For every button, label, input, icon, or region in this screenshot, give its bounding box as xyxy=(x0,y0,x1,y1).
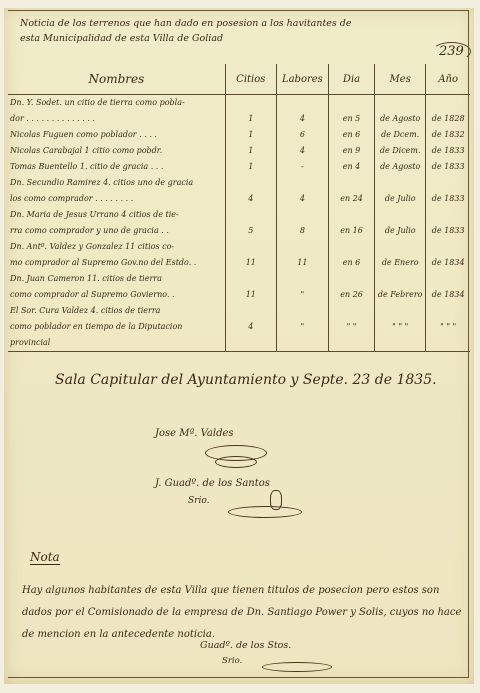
cell-mes: " " " xyxy=(375,319,426,335)
cell-citios xyxy=(225,239,276,255)
cell-ano: de 1833 xyxy=(426,223,470,239)
rubric-flourish-3 xyxy=(228,506,302,518)
cell-dia xyxy=(328,239,374,255)
signature-santos-title: Srio. xyxy=(188,496,209,506)
cell-dia xyxy=(328,335,374,352)
table-row: Dn. Y. Sodet. un citio de tierra como po… xyxy=(8,95,470,112)
signature-santos: J. Guadº. de los Santos xyxy=(155,478,270,489)
cell-nombre: Dn. Maria de Jesus Urrano 4 citios de ti… xyxy=(8,207,225,223)
nota-text: Hay algunos habitantes de esta Villa que… xyxy=(22,580,462,646)
cell-labores xyxy=(276,239,328,255)
cell-ano xyxy=(426,303,470,319)
cell-citios: 1 xyxy=(225,111,276,127)
cell-citios xyxy=(225,303,276,319)
table-row: Dn. Maria de Jesus Urrano 4 citios de ti… xyxy=(8,207,470,223)
cell-labores xyxy=(276,207,328,223)
cell-dia: en 9 xyxy=(328,143,374,159)
table-row: Dn. Antº. Valdez y Gonzalez 11 citios co… xyxy=(8,239,470,255)
cell-mes xyxy=(375,207,426,223)
table-row: los como comprador . . . . . . . .44en 2… xyxy=(8,191,470,207)
document-title: Noticia de los terrenos que han dado en … xyxy=(20,16,440,46)
folio-number: 239 xyxy=(432,42,471,61)
cell-labores: 4 xyxy=(276,111,328,127)
cell-ano: de 1833 xyxy=(426,143,470,159)
title-line-2: esta Municipalidad de esta Villa de Goli… xyxy=(20,31,440,46)
cell-nombre: mo comprador al Supremo Gov.no del Estdo… xyxy=(8,255,225,271)
cell-citios xyxy=(225,335,276,352)
table-row: mo comprador al Supremo Gov.no del Estdo… xyxy=(8,255,470,271)
cell-mes: de Agosto xyxy=(375,111,426,127)
cell-ano: de 1834 xyxy=(426,255,470,271)
cell-dia: en 5 xyxy=(328,111,374,127)
title-line-1: Noticia de los terrenos que han dado en … xyxy=(20,16,440,31)
cell-citios: 11 xyxy=(225,287,276,303)
cell-mes xyxy=(375,303,426,319)
cell-citios xyxy=(225,271,276,287)
cell-labores xyxy=(276,271,328,287)
cell-dia: en 16 xyxy=(328,223,374,239)
header-citios: Citios xyxy=(225,64,276,95)
cell-labores: - xyxy=(276,159,328,175)
cell-ano xyxy=(426,239,470,255)
table-header-row: Nombres Citios Labores Dia Mes Año xyxy=(8,64,470,95)
cell-citios: 1 xyxy=(225,143,276,159)
header-nombres: Nombres xyxy=(8,64,225,95)
cell-citios: 1 xyxy=(225,127,276,143)
nota-signature: Guadº. de los Stos. xyxy=(200,640,291,651)
header-ano: Año xyxy=(426,64,470,95)
cell-citios: 1 xyxy=(225,159,276,175)
signature-valdes: Jose Mª. Valdes xyxy=(155,428,234,439)
cell-ano xyxy=(426,207,470,223)
cell-dia xyxy=(328,207,374,223)
cell-dia: en 24 xyxy=(328,191,374,207)
cell-mes: de Dicem. xyxy=(375,143,426,159)
cell-ano: " " " xyxy=(426,319,470,335)
cell-nombre: Dn. Juan Cameron 11. citios de tierra xyxy=(8,271,225,287)
cell-mes xyxy=(375,239,426,255)
cell-mes: de Julio xyxy=(375,223,426,239)
cell-labores xyxy=(276,335,328,352)
table-row: Nicolas Fuguen como poblador . . . .16en… xyxy=(8,127,470,143)
cell-nombre: rra como comprador y uno de gracia . . xyxy=(8,223,225,239)
cell-nombre: Nicolas Fuguen como poblador . . . . xyxy=(8,127,225,143)
cell-labores: 4 xyxy=(276,191,328,207)
cell-citios: 4 xyxy=(225,319,276,335)
cell-dia: en 4 xyxy=(328,159,374,175)
cell-labores xyxy=(276,303,328,319)
table-row: dor . . . . . . . . . . . . . .14en 5de … xyxy=(8,111,470,127)
cell-nombre: como comprador al Supremo Govierno. . xyxy=(8,287,225,303)
cell-dia: " " xyxy=(328,319,374,335)
table-row: El Sor. Cura Valdez 4. citios de tierra xyxy=(8,303,470,319)
table-row: rra como comprador y uno de gracia . .58… xyxy=(8,223,470,239)
cell-dia xyxy=(328,303,374,319)
cell-nombre: dor . . . . . . . . . . . . . . xyxy=(8,111,225,127)
cell-labores xyxy=(276,175,328,191)
cell-nombre: Dn. Y. Sodet. un citio de tierra como po… xyxy=(8,95,225,112)
cell-dia: en 6 xyxy=(328,255,374,271)
cell-mes: de Agosto xyxy=(375,159,426,175)
cell-ano xyxy=(426,175,470,191)
cell-labores: 4 xyxy=(276,143,328,159)
cell-labores: 11 xyxy=(276,255,328,271)
nota-heading: Nota xyxy=(30,550,60,565)
header-mes: Mes xyxy=(375,64,426,95)
cell-ano xyxy=(426,95,470,112)
table-row: Dn. Juan Cameron 11. citios de tierra xyxy=(8,271,470,287)
cell-nombre: Dn. Antº. Valdez y Gonzalez 11 citios co… xyxy=(8,239,225,255)
cell-ano: de 1833 xyxy=(426,159,470,175)
cell-mes: de Julio xyxy=(375,191,426,207)
cell-mes: de Dcem. xyxy=(375,127,426,143)
cell-nombre: El Sor. Cura Valdez 4. citios de tierra xyxy=(8,303,225,319)
cell-labores: " xyxy=(276,287,328,303)
table-row: Tomas Buentello 1. citio de gracia . . .… xyxy=(8,159,470,175)
cell-nombre: como poblador en tiempo de la Diputacion xyxy=(8,319,225,335)
table-row: provincial xyxy=(8,335,470,352)
cell-nombre: Nicolas Carabajal 1 citio como pobdr. xyxy=(8,143,225,159)
cell-dia xyxy=(328,271,374,287)
cell-dia: en 6 xyxy=(328,127,374,143)
cell-nombre: provincial xyxy=(8,335,225,352)
header-dia: Dia xyxy=(328,64,374,95)
cell-labores xyxy=(276,95,328,112)
header-labores: Labores xyxy=(276,64,328,95)
cell-ano: de 1828 xyxy=(426,111,470,127)
cell-dia xyxy=(328,95,374,112)
cell-dia: en 26 xyxy=(328,287,374,303)
cell-ano xyxy=(426,335,470,352)
cell-labores: " xyxy=(276,319,328,335)
closing-line: Sala Capitular del Ayuntamiento y Septe.… xyxy=(55,372,437,388)
cell-mes: de Febrero xyxy=(375,287,426,303)
cell-mes xyxy=(375,95,426,112)
cell-mes xyxy=(375,335,426,352)
rubric-flourish-4 xyxy=(262,662,332,672)
cell-labores: 6 xyxy=(276,127,328,143)
cell-dia xyxy=(328,175,374,191)
nota-signature-title: Srio. xyxy=(222,656,242,666)
cell-ano: de 1832 xyxy=(426,127,470,143)
cell-citios: 4 xyxy=(225,191,276,207)
cell-nombre: Dn. Secundio Ramirez 4. citios uno de gr… xyxy=(8,175,225,191)
table-row: como poblador en tiempo de la Diputacion… xyxy=(8,319,470,335)
table-row: Nicolas Carabajal 1 citio como pobdr.14e… xyxy=(8,143,470,159)
cell-ano: de 1834 xyxy=(426,287,470,303)
cell-mes xyxy=(375,271,426,287)
cell-citios xyxy=(225,175,276,191)
cell-nombre: los como comprador . . . . . . . . xyxy=(8,191,225,207)
land-grant-table: Nombres Citios Labores Dia Mes Año Dn. Y… xyxy=(8,64,470,352)
table-row: como comprador al Supremo Govierno. .11"… xyxy=(8,287,470,303)
cell-labores: 8 xyxy=(276,223,328,239)
table-row: Dn. Secundio Ramirez 4. citios uno de gr… xyxy=(8,175,470,191)
rubric-seal xyxy=(270,490,282,510)
cell-mes: de Enero xyxy=(375,255,426,271)
cell-citios: 5 xyxy=(225,223,276,239)
cell-ano: de 1833 xyxy=(426,191,470,207)
cell-ano xyxy=(426,271,470,287)
rubric-flourish-2 xyxy=(215,456,257,468)
cell-citios: 11 xyxy=(225,255,276,271)
cell-citios xyxy=(225,207,276,223)
cell-nombre: Tomas Buentello 1. citio de gracia . . . xyxy=(8,159,225,175)
cell-citios xyxy=(225,95,276,112)
cell-mes xyxy=(375,175,426,191)
